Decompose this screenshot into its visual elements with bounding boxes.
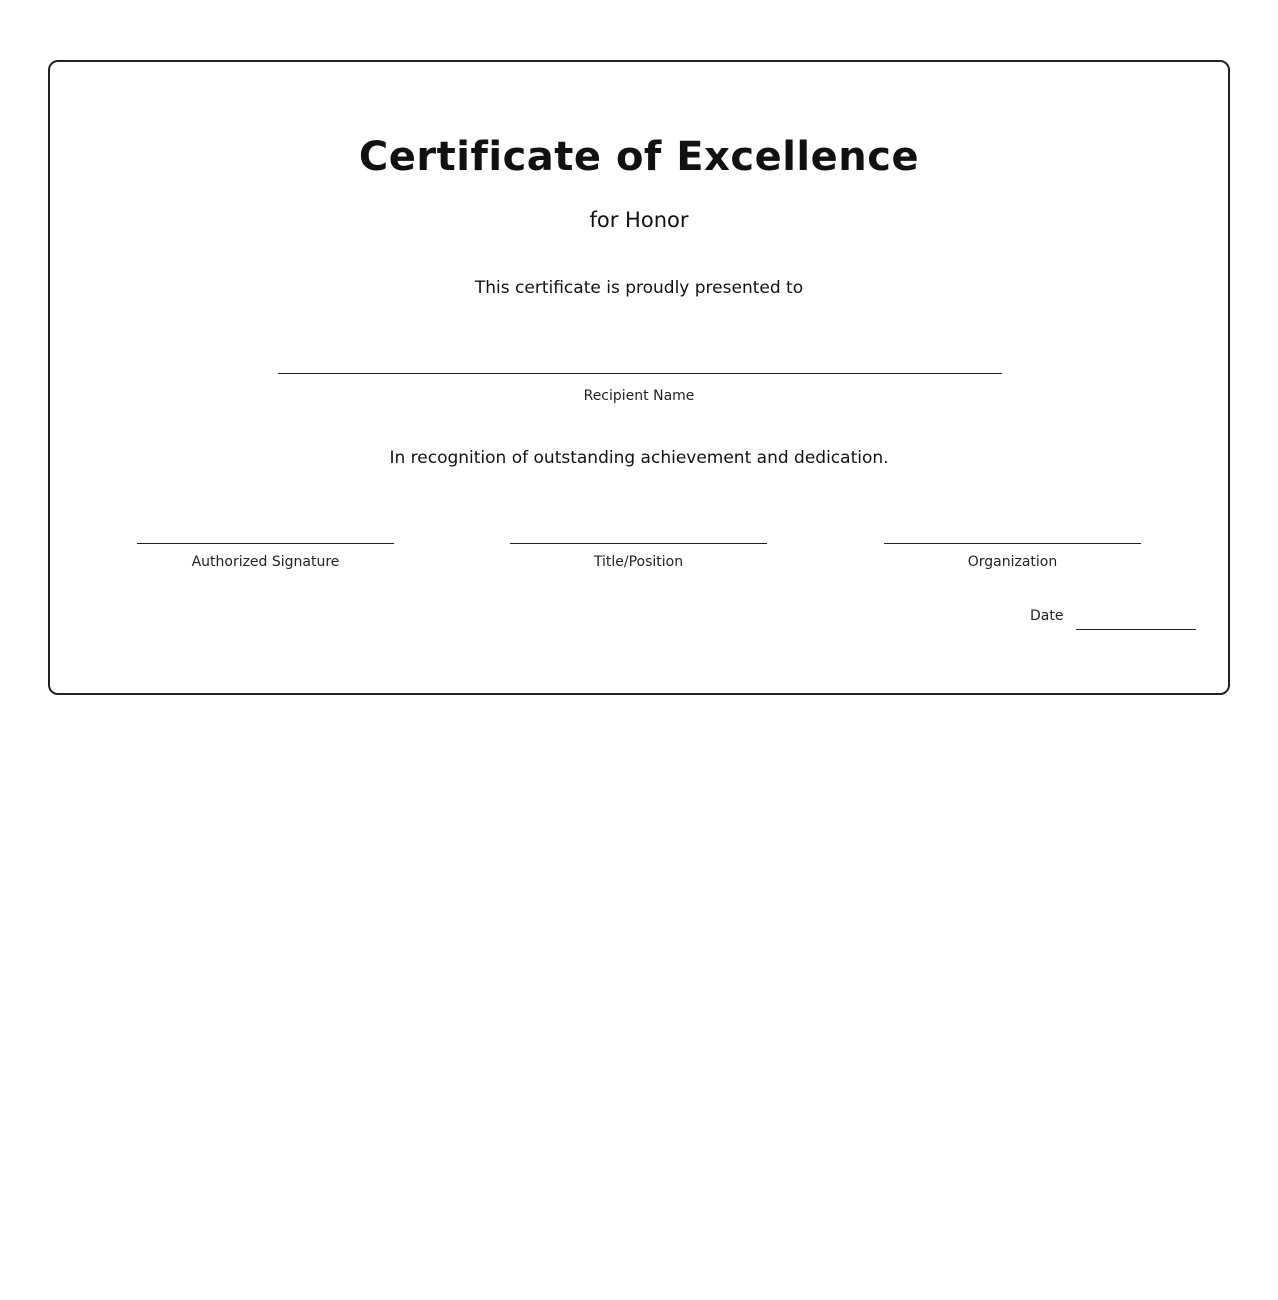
certificate-subtitle: for Honor [50,208,1228,232]
signature-block-organization: Organization [884,543,1141,570]
title-position-label: Title/Position [510,554,767,570]
organization-line[interactable] [884,543,1141,544]
recipient-name-line[interactable] [278,373,1002,374]
title-position-line[interactable] [510,543,767,544]
signature-block-title: Title/Position [510,543,767,570]
certificate-title: Certificate of Excellence [50,134,1228,180]
authorized-signature-label: Authorized Signature [137,554,394,570]
recognition-text: In recognition of outstanding achievemen… [50,448,1228,468]
signature-block-authorized: Authorized Signature [137,543,394,570]
authorized-signature-line[interactable] [137,543,394,544]
presented-text: This certificate is proudly presented to [50,278,1228,298]
recipient-name-label: Recipient Name [50,388,1228,404]
organization-label: Organization [884,554,1141,570]
date-label: Date [1030,608,1063,624]
date-line[interactable] [1076,629,1196,630]
certificate-frame: Certificate of Excellence for Honor This… [48,60,1230,695]
